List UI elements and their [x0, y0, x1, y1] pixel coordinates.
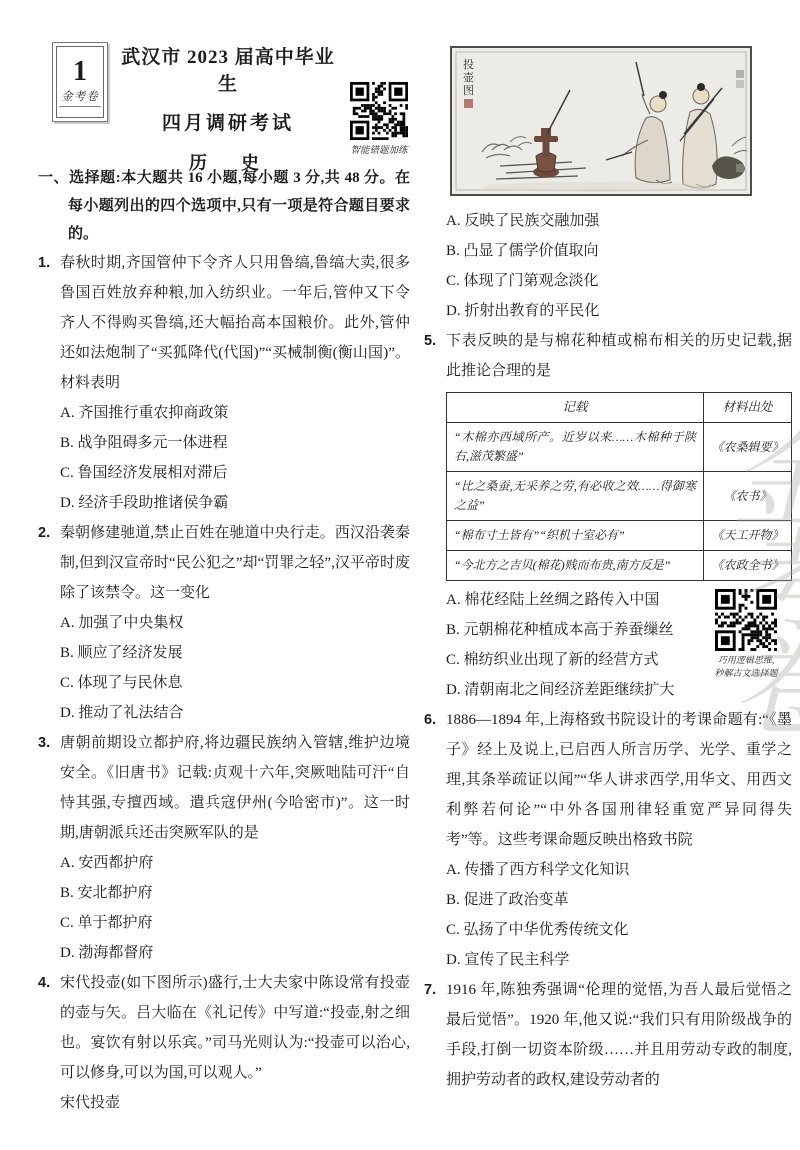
question-number: 4. [38, 968, 60, 998]
question-5-options: A. 棉花经陆上丝绸之路传入中国 B. 元朝棉花种植成本高于养蚕缫丝 C. 棉纺… [446, 585, 700, 705]
question-body: 下表反映的是与棉花种植或棉布相关的历史记载,据此推论合理的是 记载 材料出处 “… [446, 326, 792, 705]
question-number: 5. [424, 326, 446, 356]
question-stem: 宋代投壶(如下图所示)盛行,士大夫家中陈设常有投壶的壶与矢。吕大临在《礼记传》中… [60, 968, 410, 1088]
option-a: A. 传播了西方科学文化知识 [446, 855, 792, 885]
option-d: D. 宣传了民主科学 [446, 945, 792, 975]
table-header-row: 记载 材料出处 [447, 393, 792, 423]
option-d: D. 渤海都督府 [60, 938, 410, 968]
svg-text:图: 图 [463, 84, 474, 97]
source-cell: 《农政全书》 [704, 551, 792, 581]
question-body: 宋代投壶(如下图所示)盛行,士大夫家中陈设常有投壶的壶与矢。吕大临在《礼记传》中… [60, 968, 410, 1118]
record-cell: “今北方之吉贝(棉花)贱而布贵,南方反是” [447, 551, 704, 581]
section-instructions: 一、选择题:本大题共 16 小题,每小题 3 分,共 48 分。在每小题列出的四… [38, 164, 410, 248]
option-a: A. 反映了民族交融加强 [446, 206, 792, 236]
option-a: A. 齐国推行重农抑商政策 [60, 398, 410, 428]
question-4-options: A. 反映了民族交融加强 B. 凸显了儒学价值取向 C. 体现了门第观念淡化 D… [424, 206, 792, 326]
question-stem: 唐朝前期设立都护府,将边疆民族纳入管辖,维护边境安全。《旧唐书》记载:贞观十六年… [60, 728, 410, 848]
left-column: 1 金考卷 武汉市 2023 届高中毕业生 四月调研考试 历 史 智能错题加练 … [38, 0, 410, 1150]
question-5: 5. 下表反映的是与棉花种植或棉布相关的历史记载,据此推论合理的是 记载 材料出… [424, 326, 792, 705]
question-number: 1. [38, 248, 60, 278]
question-number: 2. [38, 518, 60, 548]
question-1: 1. 春秋时期,齐国管仲下令齐人只用鲁缟,鲁缟大卖,很多鲁国百姓放弃种粮,加入纺… [38, 248, 410, 518]
option-c: C. 单于都护府 [60, 908, 410, 938]
title-block: 武汉市 2023 届高中毕业生 四月调研考试 历 史 [116, 40, 340, 175]
header-qr-block: 智能错题加练 [350, 82, 408, 156]
option-d: D. 清朝南北之间经济差距继续扩大 [446, 675, 700, 705]
question-5-options-row: A. 棉花经陆上丝绸之路传入中国 B. 元朝棉花种植成本高于养蚕缫丝 C. 棉纺… [446, 585, 792, 705]
question-number: 7. [424, 975, 446, 1005]
question-stem: 春秋时期,齐国管仲下令齐人只用鲁缟,鲁缟大卖,很多鲁国百姓放弃种粮,加入纺织业。… [60, 248, 410, 398]
option-c: C. 弘扬了中华优秀传统文化 [446, 915, 792, 945]
question-number: 6. [424, 705, 446, 735]
record-cell: “比之桑蚕,无采养之劳,有必收之效……得御寒之益” [447, 472, 704, 521]
paper-title-line1: 武汉市 2023 届高中毕业生 [116, 40, 340, 96]
issue-badge: 1 金考卷 [52, 42, 108, 122]
question-body: 唐朝前期设立都护府,将边疆民族纳入管辖,维护边境安全。《旧唐书》记载:贞观十六年… [60, 728, 410, 968]
option-b: B. 战争阻碍多元一体进程 [60, 428, 410, 458]
pitch-pot-painting-image: 投 壶 图 [450, 46, 752, 196]
option-a: A. 加强了中央集权 [60, 608, 410, 638]
option-b: B. 凸显了儒学价值取向 [446, 236, 792, 266]
record-cell: “木棉亦西域所产。近岁以来……木棉种于陕右,滋茂繁盛” [447, 423, 704, 472]
question-body: 秦朝修建驰道,禁止百姓在驰道中央行走。西汉沿袭秦制,但到汉宣帝时“民公犯之”却“… [60, 518, 410, 728]
question-stem: 1886—1894 年,上海格致书院设计的考课命题有:“《墨子》经上及说上,已启… [446, 705, 792, 855]
paper-header: 1 金考卷 武汉市 2023 届高中毕业生 四月调研考试 历 史 智能错题加练 [38, 40, 410, 162]
brand-label: 金考卷 [59, 87, 101, 107]
svg-text:投: 投 [463, 57, 474, 71]
record-cell: “棉布寸土皆有”“织机十室必有” [447, 521, 704, 551]
question-3: 3. 唐朝前期设立都护府,将边疆民族纳入管辖,维护边境安全。《旧唐书》记载:贞观… [38, 728, 410, 968]
question-stem: 1916 年,陈独秀强调“伦理的觉悟,为吾人最后觉悟之最后觉悟”。1920 年,… [446, 975, 792, 1095]
sidebar-qr-caption-line2: 秒解古文选择题 [714, 667, 777, 680]
table-row: “木棉亦西域所产。近岁以来……木棉种于陕右,滋茂繁盛” 《农桑辑要》 [447, 423, 792, 472]
question-body: 春秋时期,齐国管仲下令齐人只用鲁缟,鲁缟大卖,很多鲁国百姓放弃种粮,加入纺织业。… [60, 248, 410, 518]
exam-paper-page: 1 金考卷 武汉市 2023 届高中毕业生 四月调研考试 历 史 智能错题加练 … [0, 0, 800, 1150]
source-cell: 《天工开物》 [704, 521, 792, 551]
source-cell: 《农书》 [704, 472, 792, 521]
question-body: 1886—1894 年,上海格致书院设计的考课命题有:“《墨子》经上及说上,已启… [446, 705, 792, 975]
sidebar-qr-block: 巧用逻辑思维, 秒解古文选择题 [700, 589, 792, 705]
question-stem: 下表反映的是与棉花种植或棉布相关的历史记载,据此推论合理的是 [446, 326, 792, 386]
option-d: D. 经济手段助推诸侯争霸 [60, 488, 410, 518]
option-c: C. 鲁国经济发展相对滞后 [60, 458, 410, 488]
question-6: 6. 1886—1894 年,上海格致书院设计的考课命题有:“《墨子》经上及说上… [424, 705, 792, 975]
header-qr-caption: 智能错题加练 [350, 142, 407, 156]
issue-badge-inner: 1 金考卷 [56, 46, 104, 118]
option-c: C. 体现了门第观念淡化 [446, 266, 792, 296]
option-d: D. 推动了礼法结合 [60, 698, 410, 728]
question-number: 3. [38, 728, 60, 758]
option-c: C. 棉纺织业出现了新的经营方式 [446, 645, 700, 675]
figure-caption: 宋代投壶 [60, 1088, 410, 1118]
question-stem: 秦朝修建驰道,禁止百姓在驰道中央行走。西汉沿袭秦制,但到汉宣帝时“民公犯之”却“… [60, 518, 410, 608]
option-b: B. 顺应了经济发展 [60, 638, 410, 668]
qr-code-icon [715, 589, 777, 651]
option-a: A. 安西都护府 [60, 848, 410, 878]
option-b: B. 促进了政治变革 [446, 885, 792, 915]
paper-title-line2: 四月调研考试 [116, 108, 340, 135]
option-d: D. 折射出教育的平民化 [446, 296, 792, 326]
issue-number: 1 [73, 57, 87, 88]
option-b: B. 安北都护府 [60, 878, 410, 908]
table-row: “比之桑蚕,无采养之劳,有必收之效……得御寒之益” 《农书》 [447, 472, 792, 521]
qr-code-icon [350, 82, 408, 140]
table-row: “今北方之吉贝(棉花)贱而布贵,南方反是” 《农政全书》 [447, 551, 792, 581]
option-c: C. 体现了与民休息 [60, 668, 410, 698]
question-7: 7. 1916 年,陈独秀强调“伦理的觉悟,为吾人最后觉悟之最后觉悟”。1920… [424, 975, 792, 1095]
svg-text:壶: 壶 [463, 70, 474, 84]
source-cell: 《农桑辑要》 [704, 423, 792, 472]
right-column: 投 壶 图 [424, 0, 792, 1150]
column-header-source: 材料出处 [704, 393, 792, 423]
option-b: B. 元朝棉花种植成本高于养蚕缫丝 [446, 615, 700, 645]
sidebar-qr-caption-line1: 巧用逻辑思维, [718, 654, 774, 667]
subject-title: 历 史 [116, 149, 340, 175]
column-header-record: 记载 [447, 393, 704, 423]
records-table: 记载 材料出处 “木棉亦西域所产。近岁以来……木棉种于陕右,滋茂繁盛” 《农桑辑… [446, 392, 792, 581]
table-row: “棉布寸土皆有”“织机十室必有” 《天工开物》 [447, 521, 792, 551]
question-body: 1916 年,陈独秀强调“伦理的觉悟,为吾人最后觉悟之最后觉悟”。1920 年,… [446, 975, 792, 1095]
question-4: 4. 宋代投壶(如下图所示)盛行,士大夫家中陈设常有投壶的壶与矢。吕大临在《礼记… [38, 968, 410, 1118]
option-a: A. 棉花经陆上丝绸之路传入中国 [446, 585, 700, 615]
question-2: 2. 秦朝修建驰道,禁止百姓在驰道中央行走。西汉沿袭秦制,但到汉宣帝时“民公犯之… [38, 518, 410, 728]
